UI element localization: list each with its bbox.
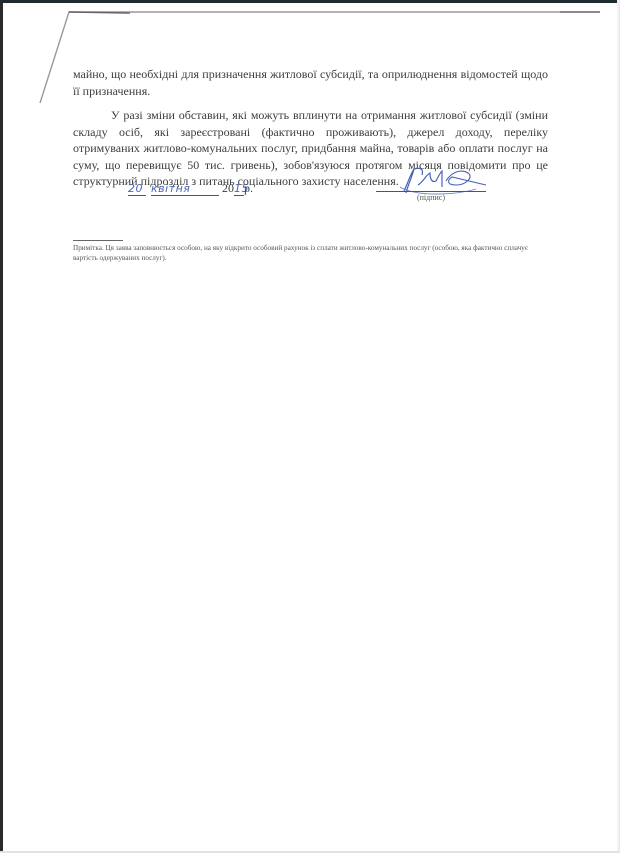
date-day-handwritten: 20 [128, 182, 146, 196]
date-year-suffix: р. [244, 181, 253, 195]
signature-caption: (підпис) [376, 193, 486, 202]
date-year-handwritten: 15 [234, 182, 244, 196]
date-year-prefix: 20 [222, 181, 234, 195]
date-line: 20 квітня 2015р. [128, 181, 253, 196]
signature-line [376, 191, 486, 192]
scan-edge-left [0, 0, 3, 853]
scan-edge-top [0, 0, 620, 3]
paragraph-consent-continued: майно, що необхідні для призначення житл… [73, 66, 548, 99]
footnote-note: Примітка. Ця заява заповнюється особою, … [73, 243, 533, 263]
date-month-handwritten: квітня [151, 182, 219, 196]
footnote-separator [73, 240, 123, 241]
